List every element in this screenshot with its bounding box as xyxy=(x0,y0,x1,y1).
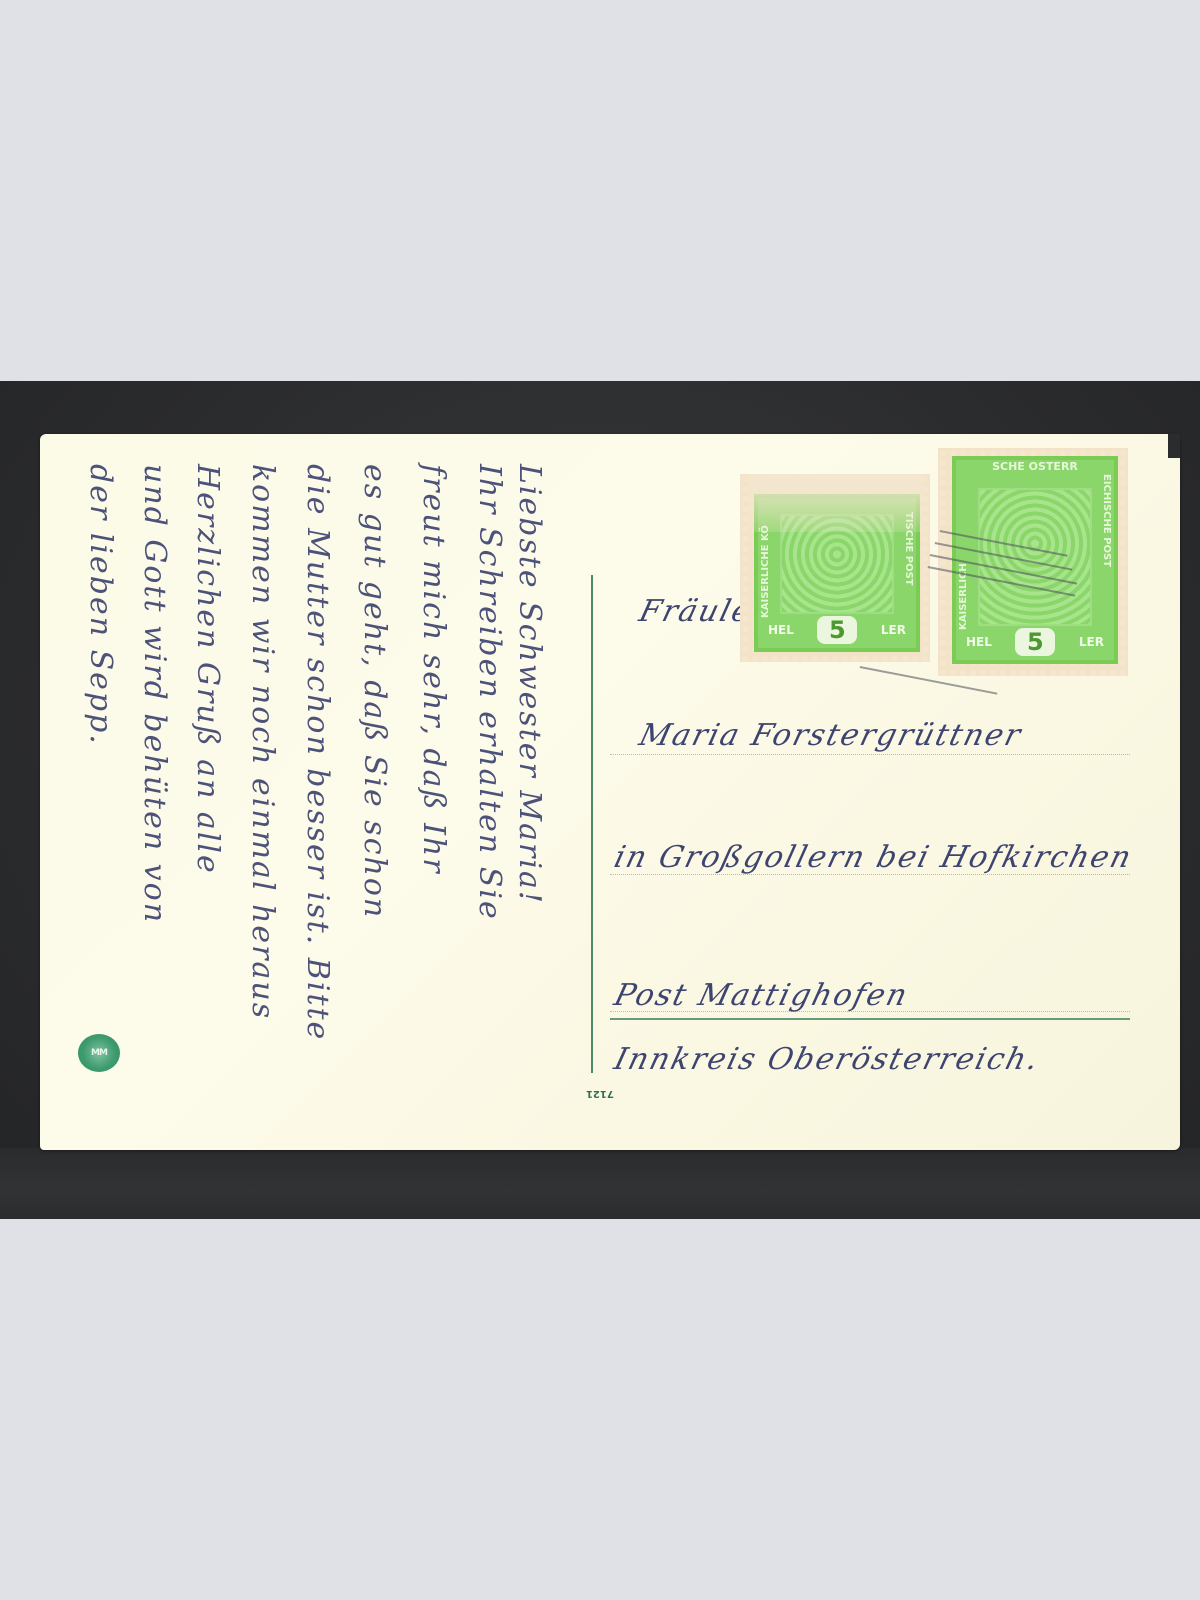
address-locality: in Großgollern bei Hofkirchen xyxy=(611,840,1137,875)
card-print-number: 7121 xyxy=(586,1088,614,1099)
message-line: Herzlichen Gruß an alle xyxy=(190,464,225,875)
address-region: Innkreis Oberösterreich. xyxy=(611,1042,1044,1077)
stamp-value: 5 xyxy=(817,616,857,644)
address-name: Maria Forstergrüttner xyxy=(636,718,1026,753)
crown-design xyxy=(978,488,1092,626)
message-line: und Gott wird behüten von xyxy=(137,464,172,924)
strikethrough-line xyxy=(610,1018,1130,1020)
stamp-damage xyxy=(748,474,922,532)
message-line: es gut geht, daß Sie schon xyxy=(357,464,392,919)
message-line: kommen wir noch einmal heraus xyxy=(245,464,280,1020)
message-line: Ihr Schreiben erhalten Sie xyxy=(472,464,507,921)
address-post-office: Post Mattighofen xyxy=(611,978,913,1013)
address-line xyxy=(610,754,1130,755)
message-line: freut mich sehr, daß Ihr xyxy=(416,464,451,875)
publisher-logo: MM xyxy=(78,1034,120,1072)
message-line: der lieben Sepp. xyxy=(83,464,118,746)
printed-divider-line xyxy=(591,575,593,1073)
publisher-logo-text: MM xyxy=(91,1048,107,1058)
message-line: die Mutter schon besser ist. Bitte xyxy=(300,464,335,1041)
stamp-value: 5 xyxy=(1015,628,1055,656)
postage-stamp: KAISERLICHE KÖ TISCHE POST HEL 5 LER xyxy=(740,474,930,662)
postcard: Liebste Schwester Maria! Ihr Schreiben e… xyxy=(40,434,1180,1150)
message-line: Liebste Schwester Maria! xyxy=(512,464,547,905)
backdrop-lower-edge xyxy=(0,1148,1200,1219)
stamp-face: SCHE OSTERR KAISERLICH EICHISCHE POST HE… xyxy=(952,456,1118,664)
